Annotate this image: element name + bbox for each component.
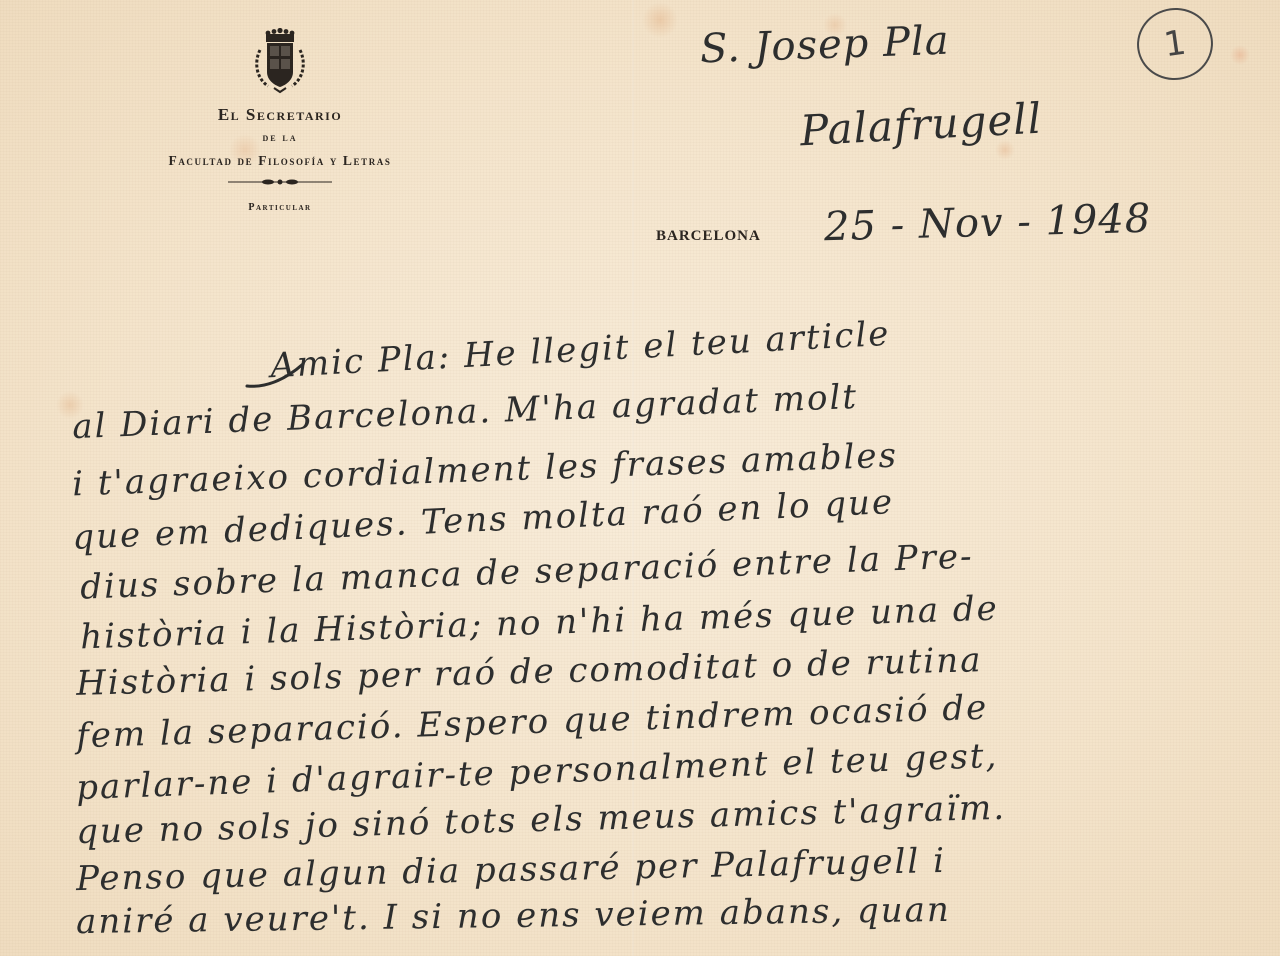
letterhead-faculty: Facultad de Filosofía y Letras (80, 152, 480, 170)
letter-date: 25 - Nov - 1948 (823, 196, 1151, 251)
letterhead-particular: Particular (80, 201, 480, 215)
printed-city: BARCELONA (656, 228, 761, 245)
letterhead: El Secretario de la Facultad de Filosofí… (80, 28, 480, 215)
letterhead-title: El Secretario (80, 104, 480, 126)
decorative-divider-icon (228, 177, 332, 187)
coat-of-arms-icon (250, 28, 310, 94)
letterhead-subtitle: de la (80, 130, 480, 146)
recipient-name: S. Josep Pla (699, 18, 950, 73)
page-number: 1 (1161, 23, 1188, 66)
